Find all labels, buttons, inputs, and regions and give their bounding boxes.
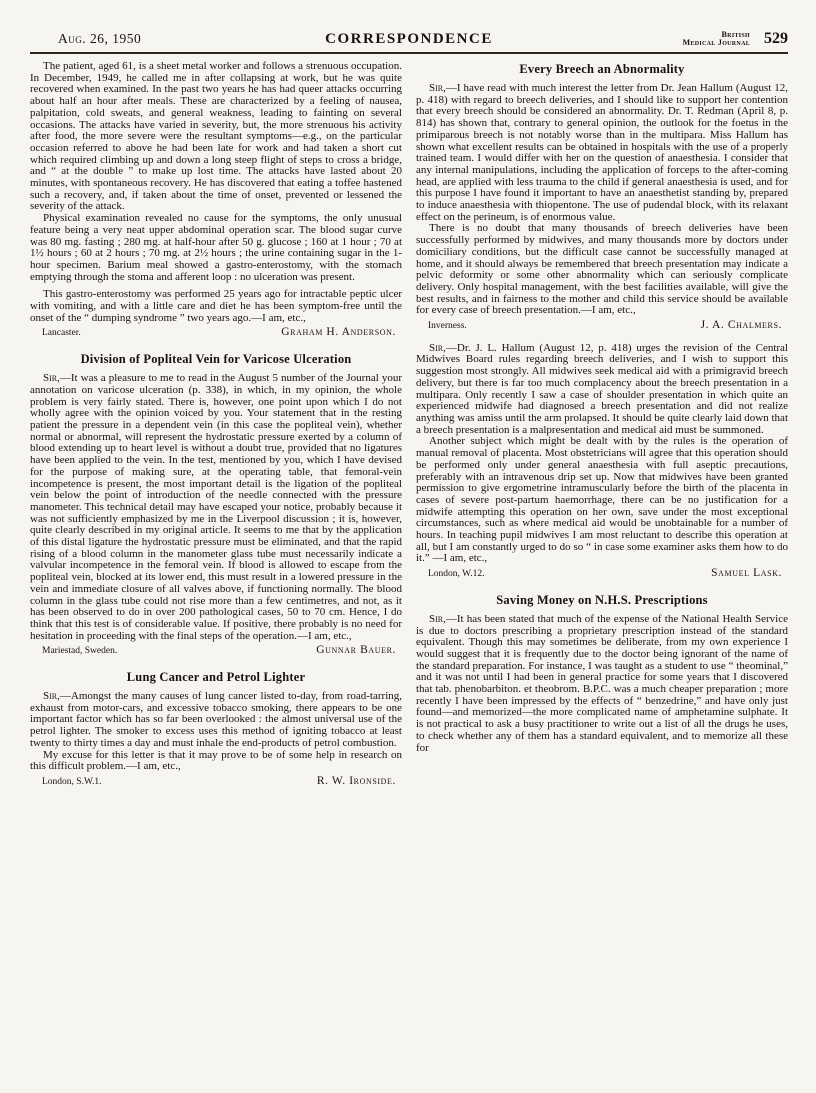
letter-paragraph: Physical examination revealed no cause f… [30,213,402,283]
letter-paragraph: Sir,—It was a pleasure to me to read in … [30,373,402,642]
signature: London, W.12. Samuel Lask. [416,568,788,581]
text-columns: The patient, aged 61, is a sheet metal w… [30,61,788,791]
letter-paragraph: This gastro-enterostomy was performed 25… [30,289,402,324]
signature-name: Samuel Lask. [711,568,788,580]
signature: Lancaster. Graham H. Anderson. [30,327,402,340]
section-title: CORRESPONDENCE [325,31,493,47]
letter-paragraph: There is no doubt that many thousands of… [416,223,788,317]
journal-name-line2: Medical Journal [683,39,750,48]
letter-paragraph: Sir,—I have read with much interest the … [416,83,788,223]
issue-date: Aug. 26, 1950 [30,31,141,46]
signature-name: R. W. Ironside. [317,776,402,788]
letter-paragraph: My excuse for this letter is that it may… [30,750,402,773]
letter-continuation: The patient, aged 61, is a sheet metal w… [30,61,402,340]
letter-nhs-prescriptions: Saving Money on N.H.S. Prescriptions Sir… [416,594,788,754]
signature-place: Inverness. [428,321,467,333]
letter-paragraph: Another subject which might be dealt wit… [416,436,788,565]
page-header: Aug. 26, 1950 CORRESPONDENCE British Med… [30,30,788,48]
left-column: The patient, aged 61, is a sheet metal w… [30,61,402,791]
journal-name: British Medical Journal [683,31,750,48]
signature-place: Mariestad, Sweden. [42,646,117,658]
letter-paragraph: Sir,—It has been stated that much of the… [416,614,788,754]
letter-heading: Every Breech an Abnormality [416,63,788,76]
signature-place: Lancaster. [42,328,81,340]
signature-name: Graham H. Anderson. [281,327,402,339]
signature: Mariestad, Sweden. Gunnar Bauer. [30,645,402,658]
signature: London, S.W.1. R. W. Ironside. [30,776,402,789]
signature-place: London, S.W.1. [42,777,102,789]
letter-heading: Saving Money on N.H.S. Prescriptions [416,594,788,607]
letter-paragraph: The patient, aged 61, is a sheet metal w… [30,61,402,213]
letter-lung-cancer: Lung Cancer and Petrol Lighter Sir,—Amon… [30,671,402,789]
letter-paragraph: Sir,—Dr. J. L. Hallum (August 12, p. 418… [416,343,788,437]
letter-midwives-board: Sir,—Dr. J. L. Hallum (August 12, p. 418… [416,343,788,581]
page-number: 529 [764,30,788,48]
journal-page: Aug. 26, 1950 CORRESPONDENCE British Med… [0,0,816,1093]
letter-every-breech: Every Breech an Abnormality Sir,—I have … [416,63,788,333]
signature: Inverness. J. A. Chalmers. [416,320,788,333]
letter-paragraph: Sir,—Amongst the many causes of lung can… [30,691,402,750]
signature-name: Gunnar Bauer. [316,645,402,657]
signature-name: J. A. Chalmers. [701,320,788,332]
letter-heading: Division of Popliteal Vein for Varicose … [30,353,402,366]
signature-place: London, W.12. [428,569,484,581]
right-column: Every Breech an Abnormality Sir,—I have … [416,61,788,791]
header-rule [30,52,788,54]
letter-popliteal-vein: Division of Popliteal Vein for Varicose … [30,353,402,658]
letter-heading: Lung Cancer and Petrol Lighter [30,671,402,684]
